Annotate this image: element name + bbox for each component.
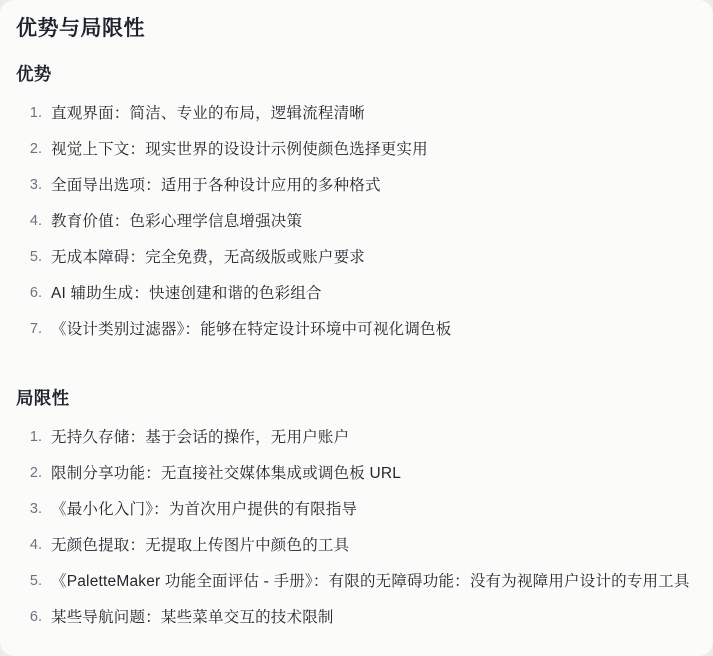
list-item-text: AI 辅助生成：快速创建和谐的色彩组合 [51, 282, 697, 305]
list-item-number: 2. [16, 138, 42, 161]
list-item: 1. 直观界面：简洁、专业的布局，逻辑流程清晰 [16, 102, 697, 125]
list-item: 3. 全面导出选项：适用于各种设计应用的多种格式 [16, 174, 697, 197]
list-item-text: 某些导航问题：某些菜单交互的技术限制 [51, 606, 697, 629]
list-item: 2. 限制分享功能：无直接社交媒体集成或调色板 URL [16, 462, 697, 485]
list-item-text: 视觉上下文：现实世界的设设计示例使颜色选择更实用 [51, 138, 697, 161]
list-item-number: 6. [16, 282, 42, 305]
list-item-text: 无成本障碍：完全免费，无高级版或账户要求 [51, 246, 697, 269]
list-item-number: 5. [16, 246, 42, 269]
list-item: 3. 《最小化入门》：为首次用户提供的有限指导 [16, 498, 697, 521]
list-item-text: 限制分享功能：无直接社交媒体集成或调色板 URL [51, 462, 697, 485]
list-item-text: 教育价值：色彩心理学信息增强决策 [51, 210, 697, 233]
list-item-text: 无颜色提取：无提取上传图片中颜色的工具 [51, 534, 697, 557]
section-limitations: 局限性 1. 无持久存储：基于会话的操作，无用户账户 2. 限制分享功能：无直接… [16, 386, 697, 629]
list-item-text: 全面导出选项：适用于各种设计应用的多种格式 [51, 174, 697, 197]
list-item-text: 无持久存储：基于会话的操作，无用户账户 [51, 426, 697, 449]
document-card: 优势与局限性 优势 1. 直观界面：简洁、专业的布局，逻辑流程清晰 2. 视觉上… [0, 0, 713, 656]
list-item-number: 2. [16, 462, 42, 485]
list-item: 5. 无成本障碍：完全免费，无高级版或账户要求 [16, 246, 697, 269]
list-item-number: 7. [16, 318, 42, 341]
page-title: 优势与局限性 [16, 16, 697, 42]
advantages-list: 1. 直观界面：简洁、专业的布局，逻辑流程清晰 2. 视觉上下文：现实世界的设设… [16, 102, 697, 341]
list-item-text: 直观界面：简洁、专业的布局，逻辑流程清晰 [51, 102, 697, 125]
list-item: 5. 《PaletteMaker 功能全面评估 - 手册》：有限的无障碍功能：没… [16, 570, 697, 593]
list-item: 7. 《设计类别过滤器》：能够在特定设计环境中可视化调色板 [16, 318, 697, 341]
list-item-number: 1. [16, 426, 42, 449]
list-item-text: 《设计类别过滤器》：能够在特定设计环境中可视化调色板 [51, 318, 697, 341]
list-item-number: 6. [16, 606, 42, 629]
limitations-list: 1. 无持久存储：基于会话的操作，无用户账户 2. 限制分享功能：无直接社交媒体… [16, 426, 697, 629]
list-item-number: 3. [16, 174, 42, 197]
list-item: 2. 视觉上下文：现实世界的设设计示例使颜色选择更实用 [16, 138, 697, 161]
list-item-number: 4. [16, 210, 42, 233]
list-item-text: 《PaletteMaker 功能全面评估 - 手册》：有限的无障碍功能：没有为视… [51, 570, 697, 593]
list-item: 1. 无持久存储：基于会话的操作，无用户账户 [16, 426, 697, 449]
list-item: 4. 教育价值：色彩心理学信息增强决策 [16, 210, 697, 233]
list-item: 4. 无颜色提取：无提取上传图片中颜色的工具 [16, 534, 697, 557]
list-item-number: 4. [16, 534, 42, 557]
list-item-text: 《最小化入门》：为首次用户提供的有限指导 [51, 498, 697, 521]
list-item-number: 1. [16, 102, 42, 125]
list-item: 6. AI 辅助生成：快速创建和谐的色彩组合 [16, 282, 697, 305]
list-item: 6. 某些导航问题：某些菜单交互的技术限制 [16, 606, 697, 629]
list-item-number: 5. [16, 570, 42, 593]
section-advantages: 优势 1. 直观界面：简洁、专业的布局，逻辑流程清晰 2. 视觉上下文：现实世界… [16, 62, 697, 341]
section-heading-advantages: 优势 [16, 62, 697, 86]
list-item-number: 3. [16, 498, 42, 521]
section-heading-limitations: 局限性 [16, 386, 697, 410]
